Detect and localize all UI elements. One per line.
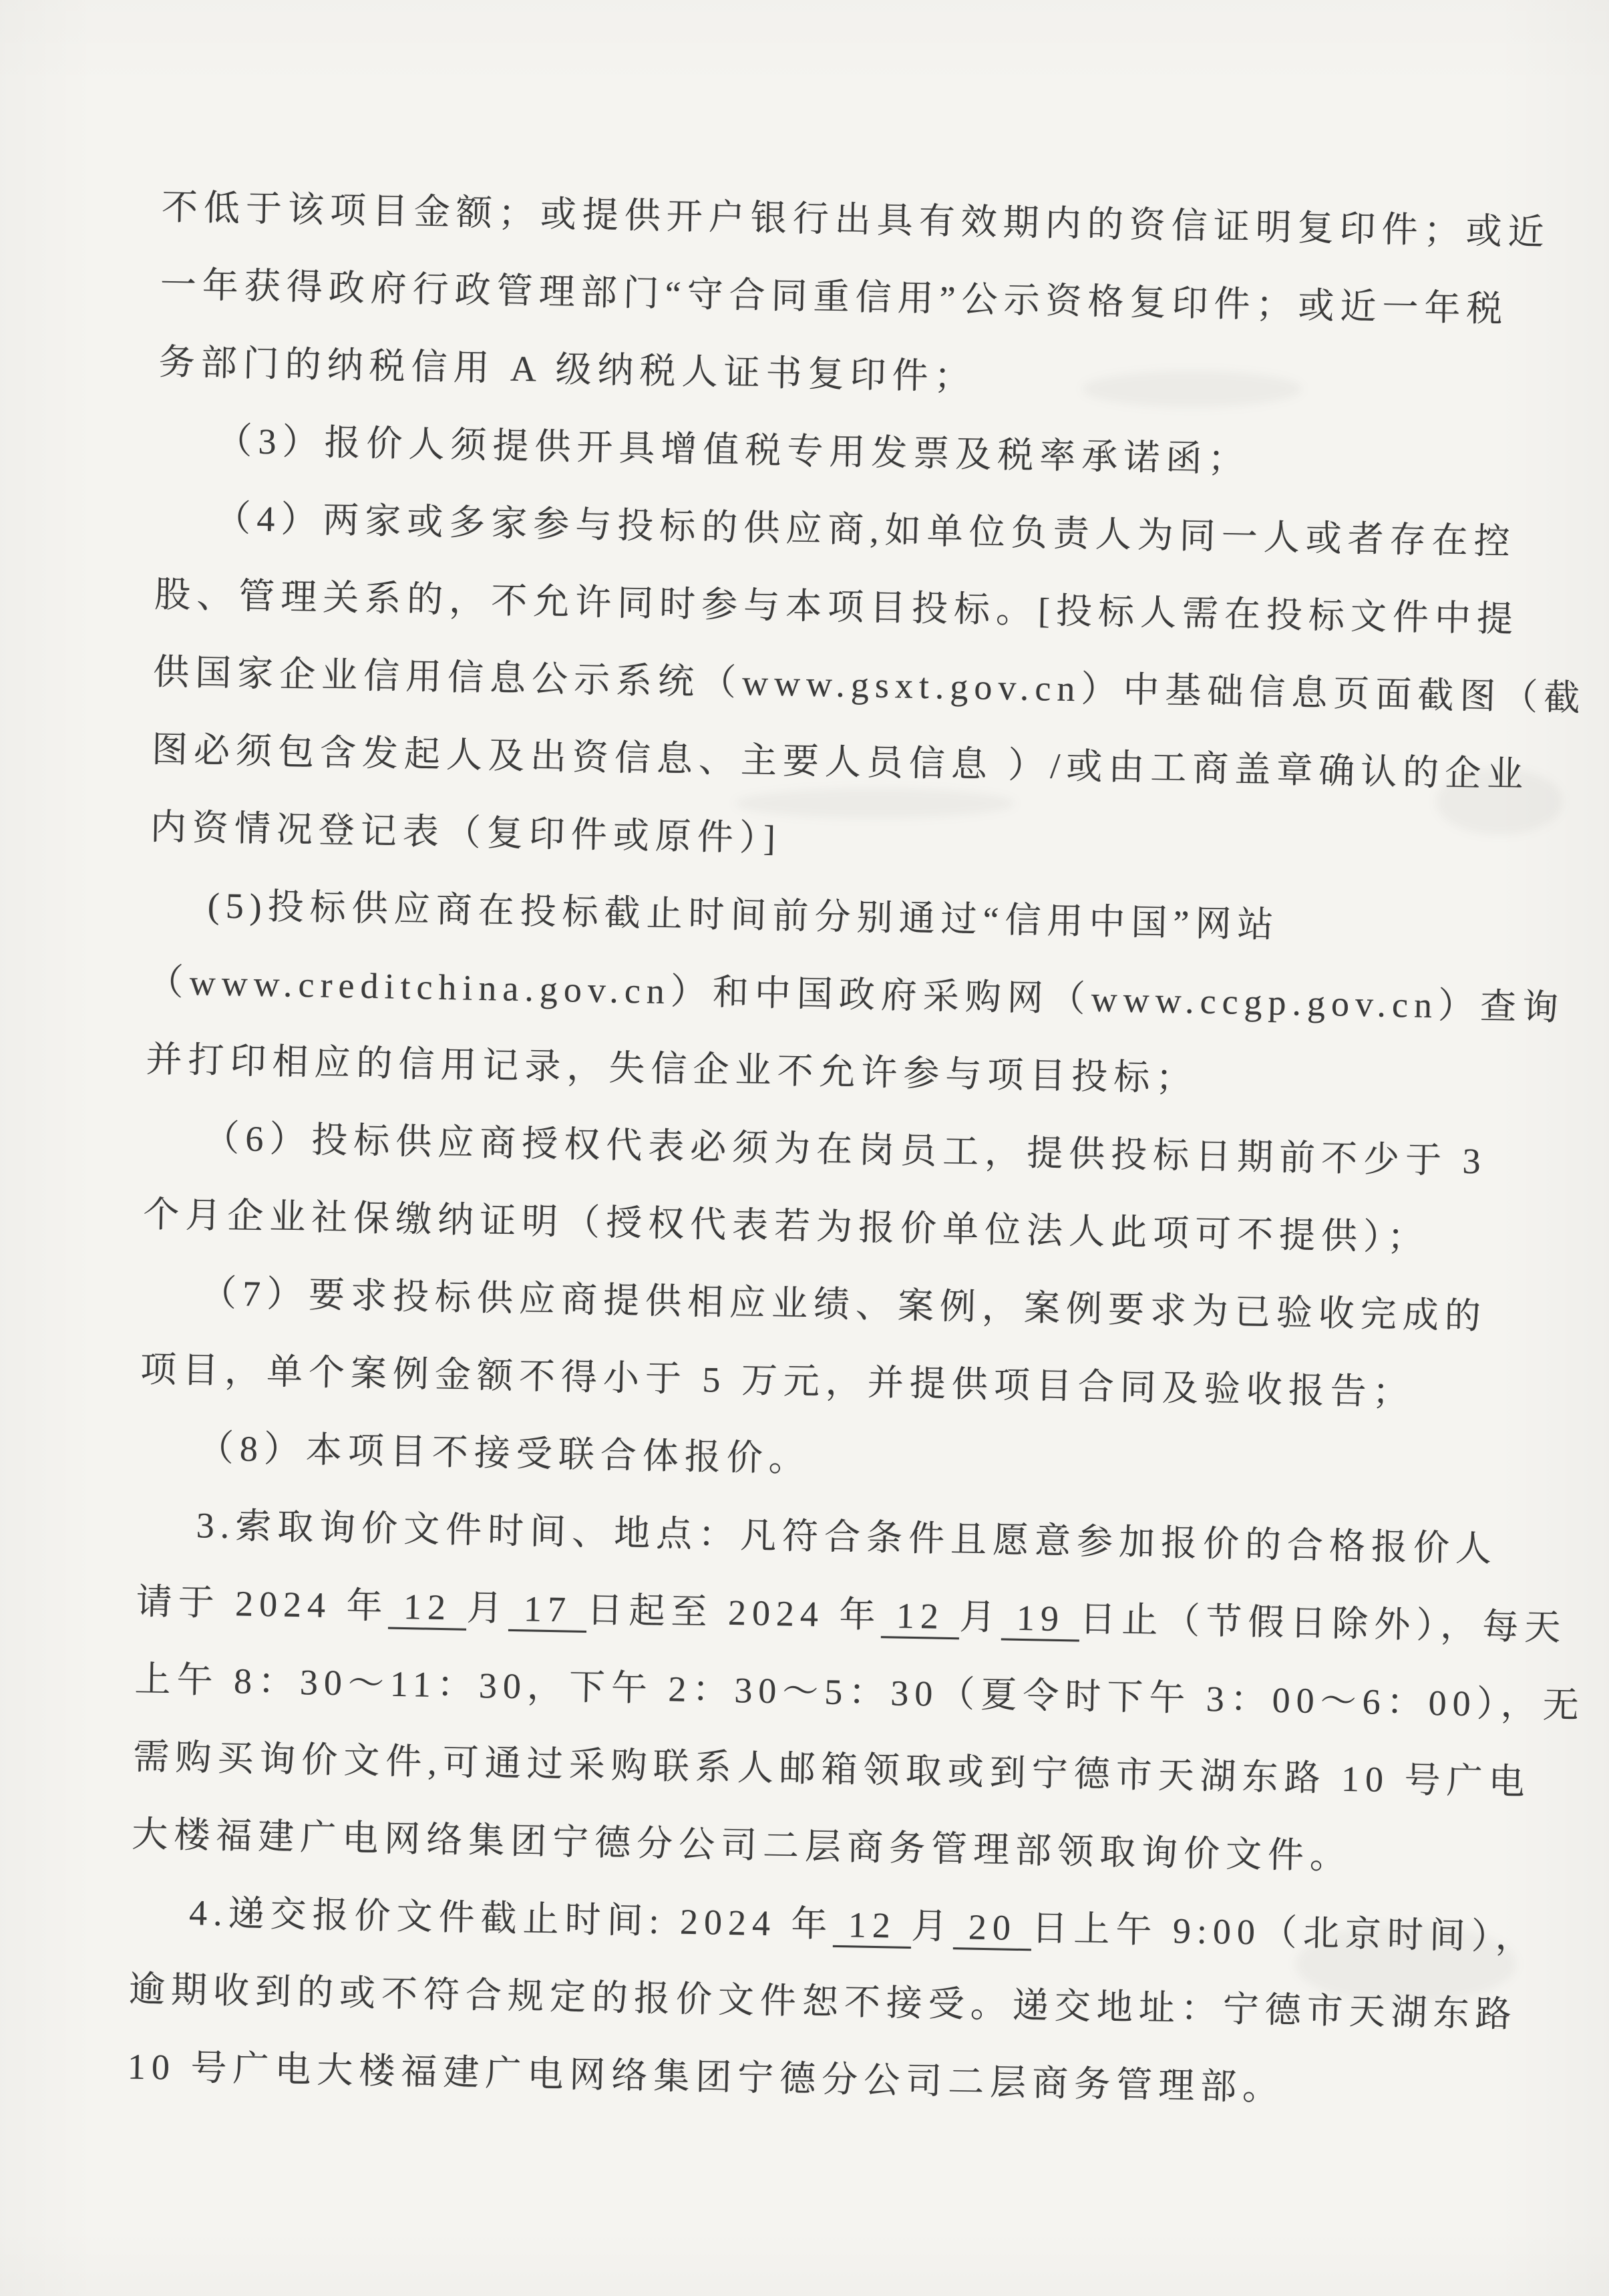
text-segment: 务部门的纳税信用 A 级纳税人证书复印件； [158, 342, 976, 397]
text-segment: 日止（节假日除外），每天 [1079, 1599, 1567, 1648]
text-segment: 项目，单个案例金额不得小于 5 万元，并提供项目合同及验收报告； [140, 1349, 1415, 1413]
text-segment: 个月企业社保缴纳证明（授权代表若为报价单位法人此项可不提供）； [143, 1194, 1430, 1258]
text-segment: 并打印相应的信用记录，失信企业不允许参与项目投标； [146, 1039, 1198, 1099]
text-segment: 图必须包含发起人及出资信息、主要人员信息 ）/或由工商盖章确认的企业 [152, 729, 1530, 795]
text-segment: 10 号广电大楼福建广电网络集团宁德分公司二层商务管理部。 [127, 2047, 1284, 2108]
underlined-date-value: 20 [953, 1907, 1032, 1948]
text-segment: 供国家企业信用信息公示系统（www.gsxt.gov.cn）中基础信息页面截图（… [153, 652, 1586, 718]
text-segment: （4）两家或多家参与投标的供应商,如单位负责人为同一人或者存在控 [214, 498, 1516, 562]
text-segment: （7）要求投标供应商提供相应业绩、案例，案例要求为已验收完成的 [200, 1273, 1487, 1336]
text-segment: （3）报价人须提供开具增值税专用发票及税率承诺函； [216, 421, 1250, 480]
text-segment: 上午 8：30～11：30，下午 2：30～5：30（夏令时下午 3：00～6：… [134, 1659, 1585, 1726]
text-segment: 一年获得政府行政管理部门“守合同重信用”公示资格复印件；或近一年税 [160, 265, 1509, 329]
text-segment: 月 [959, 1597, 1002, 1637]
text-segment: 3.索取询价文件时间、地点：凡符合条件且愿意参加报价的合格报价人 [196, 1505, 1497, 1569]
text-segment: 月 [466, 1588, 509, 1629]
text-segment: 逾期收到的或不符合规定的报价文件恕不接受。递交地址：宁德市天湖东路 [128, 1969, 1517, 2035]
underlined-date-value: 12 [388, 1587, 467, 1628]
text-segment: 股、管理关系的，不允许同时参与本项目投标。[投标人需在投标文件中提 [154, 575, 1519, 639]
text-segment: 请于 2024 年 [136, 1582, 389, 1627]
text-segment: 月 [911, 1906, 954, 1947]
text-segment: 4.递交报价文件截止时间: 2024 年 [189, 1893, 834, 1945]
underlined-date-value: 17 [508, 1589, 587, 1630]
underlined-date-value: 19 [1001, 1597, 1080, 1639]
document-body: 不低于该项目金额；或提供开户银行出具有效期内的资信证明复印件；或近一年获得政府行… [127, 168, 1558, 2131]
text-segment: (5)投标供应商在投标截止时间前分别通过“信用中国”网站 [207, 885, 1280, 945]
text-segment: 需购买询价文件,可通过采购联系人邮箱领取或到宁德市天湖东路 10 号广电 [133, 1737, 1531, 1802]
text-segment: （6）投标供应商授权代表必须为在岗员工，提供投标日期前不少于 3 [203, 1118, 1487, 1181]
text-segment: （www.creditchina.gov.cn）和中国政府采购网（www.ccg… [147, 962, 1564, 1028]
text-segment: 日起至 2024 年 [586, 1590, 882, 1635]
underlined-date-value: 12 [833, 1905, 912, 1946]
text-segment: （8）本项目不接受联合体报价。 [197, 1428, 811, 1479]
underlined-date-value: 12 [881, 1595, 960, 1637]
text-segment: 内资情况登记表（复印件或原件）] [150, 807, 781, 858]
text-segment: 不低于该项目金额；或提供开户银行出具有效期内的资信证明复印件；或近 [161, 187, 1550, 253]
text-segment: 大楼福建广电网络集团宁德分公司二层商务管理部领取询价文件。 [132, 1814, 1353, 1876]
text-segment: 日上午 9:00（北京时间）， [1031, 1908, 1538, 1957]
